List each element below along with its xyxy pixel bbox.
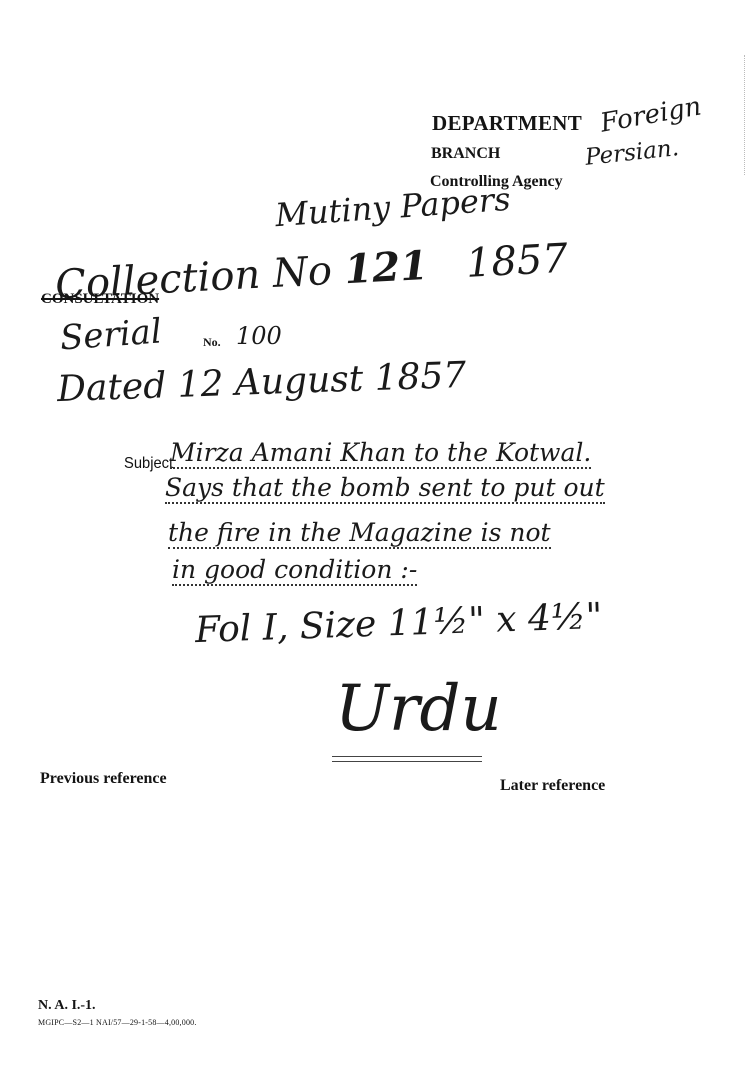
previous-reference-label: Previous reference [40,770,167,788]
department-value: Foreign [598,91,703,138]
subject-line-1: Mirza Amani Khan to the Kotwal. [170,438,591,469]
language-note: Urdu [335,672,502,746]
serial-no-label: No. [203,335,221,350]
language-underline [332,761,482,762]
branch-label: BRANCH [431,145,500,163]
form-number: N. A. I.-1. [38,998,96,1014]
printer-imprint: MGIPC—S2—1 NAI/57—29-1-58—4,00,000. [38,1018,197,1027]
subject-line-4: in good condition :- [172,555,417,586]
dated-label: Dated [56,365,167,410]
collection-number: 121 [343,242,429,293]
collection-year: 1857 [465,236,569,287]
department-label: DEPARTMENT [432,111,582,136]
subject-text: the fire in the Magazine is not [168,518,551,549]
subject-text: in good condition :- [172,555,417,586]
language-underline [332,756,482,757]
later-reference-label: Later reference [500,777,605,795]
subject-line-2: Says that the bomb sent to put out [165,473,605,504]
dated-value: 12 August 1857 [177,355,467,406]
consultation-label: CONSULTATION [41,291,159,308]
subject-text: Says that the bomb sent to put out [165,473,605,504]
series-title: Mutiny Papers [274,180,512,234]
serial-number: 100 [236,322,282,350]
subject-text: Mirza Amani Khan to the Kotwal. [170,438,591,469]
branch-value: Persian. [584,135,680,171]
folio-size-note: Fol I, Size 11½" x 4½" [194,596,603,651]
dated-line: Dated 12 August 1857 [56,355,466,410]
scan-edge-marks [741,55,745,175]
serial-label: Serial [59,312,163,359]
subject-line-3: the fire in the Magazine is not [168,518,551,549]
subject-label: Subject [124,455,173,473]
